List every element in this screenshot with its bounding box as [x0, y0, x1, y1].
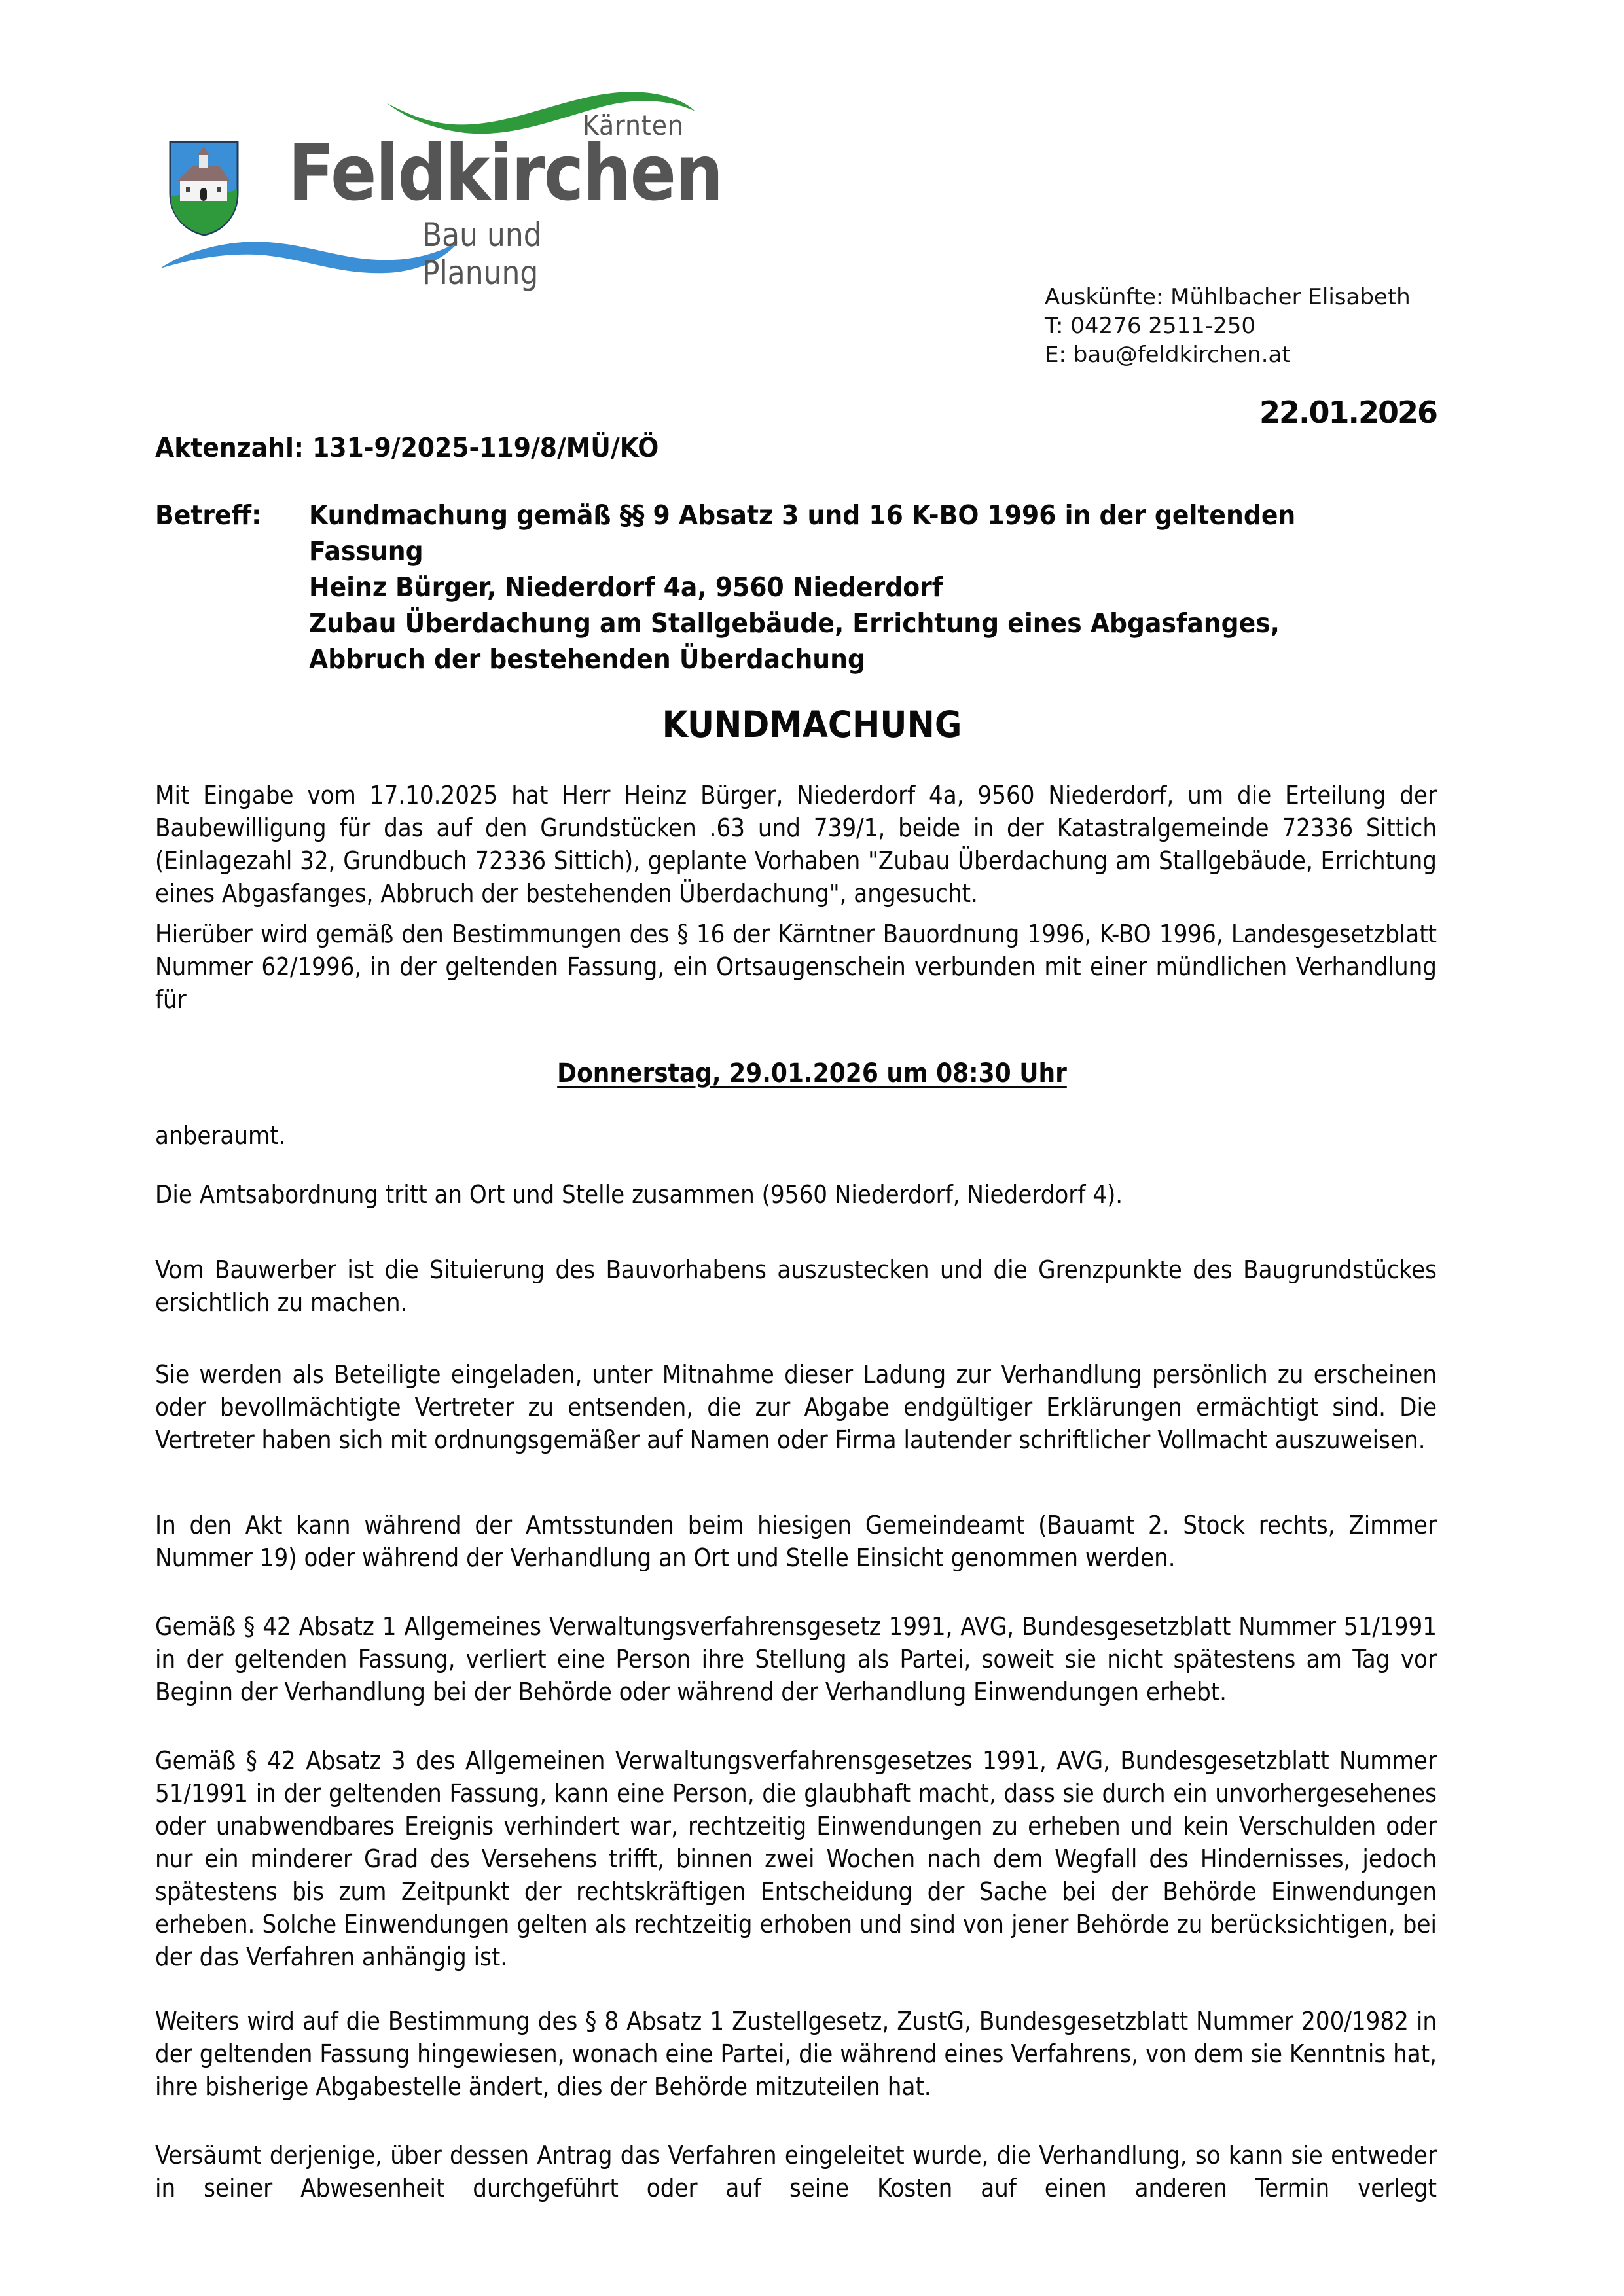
paragraph-text: Mit Eingabe vom 17.10.2025 hat Herr Hein…: [155, 779, 1437, 910]
paragraph-akteneinsicht: In den Akt kann während der Amtsstunden …: [155, 1509, 1437, 1574]
contact-block: Auskünfte: Mühlbacher Elisabeth T: 04276…: [1045, 283, 1411, 369]
paragraph-beteiligte: Sie werden als Beteiligte eingeladen, un…: [155, 1358, 1437, 1456]
contact-email: E: bau@feldkirchen.at: [1045, 340, 1411, 369]
logo-subtitle: Bau und Planung: [422, 216, 667, 292]
hearing-date: Donnerstag, 29.01.2026 um 08:30 Uhr: [81, 1058, 1543, 1088]
logo-title: Feldkirchen: [288, 128, 722, 218]
paragraph-text: Weiters wird auf die Bestimmung des § 8 …: [155, 2005, 1437, 2103]
paragraph-zustellgesetz: Weiters wird auf die Bestimmung des § 8 …: [155, 2005, 1437, 2103]
paragraph-avg-42-1: Gemäß § 42 Absatz 1 Allgemeines Verwaltu…: [155, 1610, 1437, 1708]
paragraph-text: In den Akt kann während der Amtsstunden …: [155, 1509, 1437, 1574]
paragraph-text: Hierüber wird gemäß den Bestimmungen des…: [155, 918, 1437, 1016]
paragraph-text: Die Amtsabordnung tritt an Ort und Stell…: [155, 1178, 1437, 1211]
betreff-line: Heinz Bürger, Niederdorf 4a, 9560 Nieder…: [309, 569, 1357, 605]
paragraph-bauwerber: Vom Bauwerber ist die Situierung des Bau…: [155, 1253, 1437, 1319]
paragraph-text: Sie werden als Beteiligte eingeladen, un…: [155, 1358, 1437, 1456]
paragraph-eingabe: Mit Eingabe vom 17.10.2025 hat Herr Hein…: [155, 779, 1437, 910]
contact-phone: T: 04276 2511-250: [1045, 312, 1411, 340]
betreff-lines: Kundmachung gemäß §§ 9 Absatz 3 und 16 K…: [309, 497, 1448, 677]
paragraph-anberaumt: anberaumt.: [155, 1119, 1437, 1152]
paragraph-text: Versäumt derjenige, über dessen Antrag d…: [155, 2139, 1437, 2204]
betreff-label: Betreff:: [155, 497, 261, 533]
paragraph-text: anberaumt.: [155, 1119, 1437, 1152]
document-date: 22.01.2026: [1259, 395, 1437, 430]
feldkirchen-logo: Kärnten Feldkirchen Bau und Planung: [157, 82, 700, 278]
document-page: Kärnten Feldkirchen Bau und Planung Ausk…: [0, 0, 1624, 2296]
page-title: KUNDMACHUNG: [65, 704, 1559, 745]
aktenzahl: Aktenzahl: 131-9/2025-119/8/MÜ/KÖ: [155, 432, 659, 463]
betreff-line: Fassung: [309, 533, 1357, 569]
paragraph-avg-42-3: Gemäß § 42 Absatz 3 des Allgemeinen Verw…: [155, 1744, 1437, 1973]
coat-of-arms-icon: [170, 142, 238, 235]
paragraph-verhandlung: Hierüber wird gemäß den Bestimmungen des…: [155, 918, 1437, 1016]
betreff-line: Zubau Überdachung am Stallgebäude, Erric…: [309, 605, 1357, 641]
contact-person: Auskünfte: Mühlbacher Elisabeth: [1045, 283, 1411, 312]
paragraph-text: Gemäß § 42 Absatz 1 Allgemeines Verwaltu…: [155, 1610, 1437, 1708]
paragraph-amtsabordnung: Die Amtsabordnung tritt an Ort und Stell…: [155, 1178, 1437, 1211]
betreff-line: Abbruch der bestehenden Überdachung: [309, 641, 1357, 677]
paragraph-text: Vom Bauwerber ist die Situierung des Bau…: [155, 1253, 1437, 1319]
paragraph-text: Gemäß § 42 Absatz 3 des Allgemeinen Verw…: [155, 1744, 1437, 1973]
paragraph-versaeumnis: Versäumt derjenige, über dessen Antrag d…: [155, 2139, 1437, 2204]
betreff-line: Kundmachung gemäß §§ 9 Absatz 3 und 16 K…: [309, 497, 1357, 533]
